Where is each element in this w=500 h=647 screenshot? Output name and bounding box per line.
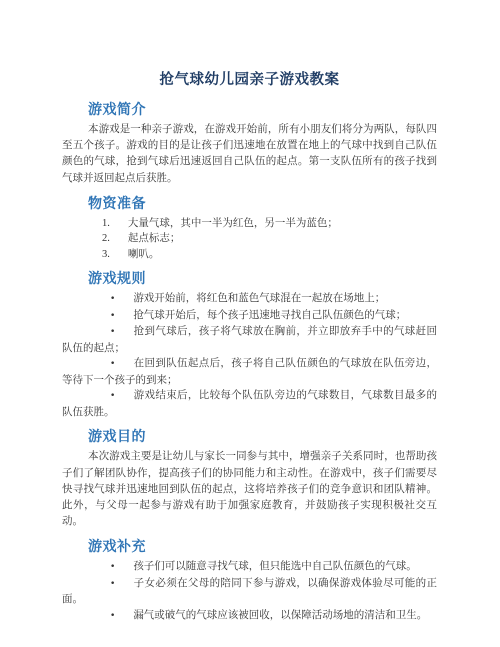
bullet-list: •游戏开始前，将红色和蓝色气球混在一起放在场地上；•抢气球开始后，每个孩子迅速地…	[62, 291, 437, 420]
item-text: 起点标志；	[128, 233, 181, 244]
list-item: •抢气球开始后，每个孩子迅速地寻找自己队伍颜色的气球；	[62, 308, 437, 325]
item-text: 喇叭。	[128, 249, 160, 260]
item-text: 子女必须在父母的陪同下参与游戏，以确保游戏体验尽可能的正面。	[62, 578, 437, 606]
section-heading: 游戏目的	[62, 428, 437, 444]
section-2: 游戏规则•游戏开始前，将红色和蓝色气球混在一起放在场地上；•抢气球开始后，每个孩…	[62, 270, 437, 420]
bullet-marker: •	[110, 562, 115, 572]
item-number: 1.	[102, 218, 110, 229]
section-heading: 游戏补充	[62, 538, 437, 554]
list-item: •在回到队伍起点后，孩子将自己队伍颜色的气球放在队伍旁边，等待下一个孩子的到来；	[62, 356, 437, 388]
document-body: 游戏简介本游戏是一种亲子游戏，在游戏开始前，所有小朋友们将分为两队，每队四至五个…	[62, 101, 437, 624]
bullet-marker: •	[110, 611, 115, 621]
document-page: 抢气球幼儿园亲子游戏教案 游戏简介本游戏是一种亲子游戏，在游戏开始前，所有小朋友…	[0, 0, 500, 647]
item-text: 孩子们可以随意寻找气球，但只能选中自己队伍颜色的气球。	[133, 561, 417, 572]
ordered-list: 1.大量气球，其中一半为红色，另一半为蓝色；2.起点标志；3.喇叭。	[62, 216, 437, 263]
item-text: 抢到气球后，孩子将气球放在胸前，并立即放弃手中的气球赶回队伍的起点；	[62, 326, 437, 354]
item-text: 漏气或破气的气球应该被回收，以保障活动场地的清洁和卫生。	[133, 610, 427, 621]
bullet-marker: •	[110, 391, 115, 401]
list-item: 3.喇叭。	[62, 247, 437, 263]
section-heading: 游戏简介	[62, 101, 437, 117]
bullet-marker: •	[110, 294, 115, 304]
list-item: 1.大量气球，其中一半为红色，另一半为蓝色；	[62, 216, 437, 232]
section-paragraph: 本游戏是一种亲子游戏，在游戏开始前，所有小朋友们将分为两队，每队四至五个孩子。游…	[62, 122, 437, 187]
bullet-marker: •	[110, 359, 115, 369]
section-paragraph: 本次游戏主要是让幼儿与家长一同参与其中，增强亲子关系同时，也帮助孩子们了解团队协…	[62, 449, 437, 530]
bullet-list: •孩子们可以随意寻找气球，但只能选中自己队伍颜色的气球。•子女必须在父母的陪同下…	[62, 559, 437, 624]
section-heading: 游戏规则	[62, 270, 437, 286]
item-text: 游戏开始前，将红色和蓝色气球混在一起放在场地上；	[133, 293, 385, 304]
document-title: 抢气球幼儿园亲子游戏教案	[62, 71, 437, 89]
item-number: 3.	[102, 249, 110, 260]
section-4: 游戏补充•孩子们可以随意寻找气球，但只能选中自己队伍颜色的气球。•子女必须在父母…	[62, 538, 437, 624]
section-1: 物资准备1.大量气球，其中一半为红色，另一半为蓝色；2.起点标志；3.喇叭。	[62, 195, 437, 263]
item-text: 在回到队伍起点后，孩子将自己队伍颜色的气球放在队伍旁边，等待下一个孩子的到来；	[62, 358, 437, 386]
section-heading: 物资准备	[62, 195, 437, 211]
item-text: 大量气球，其中一半为红色，另一半为蓝色；	[128, 218, 338, 229]
list-item: •漏气或破气的气球应该被回收，以保障活动场地的清洁和卫生。	[62, 608, 437, 625]
section-3: 游戏目的本次游戏主要是让幼儿与家长一同参与其中，增强亲子关系同时，也帮助孩子们了…	[62, 428, 437, 530]
list-item: •孩子们可以随意寻找气球，但只能选中自己队伍颜色的气球。	[62, 559, 437, 576]
section-0: 游戏简介本游戏是一种亲子游戏，在游戏开始前，所有小朋友们将分为两队，每队四至五个…	[62, 101, 437, 187]
list-item: •游戏结束后，比较每个队伍队旁边的气球数目，气球数目最多的队伍获胜。	[62, 388, 437, 420]
list-item: •抢到气球后，孩子将气球放在胸前，并立即放弃手中的气球赶回队伍的起点；	[62, 324, 437, 356]
list-item: •游戏开始前，将红色和蓝色气球混在一起放在场地上；	[62, 291, 437, 308]
item-number: 2.	[102, 233, 110, 244]
bullet-marker: •	[110, 327, 115, 337]
list-item: •子女必须在父母的陪同下参与游戏，以确保游戏体验尽可能的正面。	[62, 576, 437, 608]
item-text: 游戏结束后，比较每个队伍队旁边的气球数目，气球数目最多的队伍获胜。	[62, 390, 437, 418]
bullet-marker: •	[110, 579, 115, 589]
item-text: 抢气球开始后，每个孩子迅速地寻找自己队伍颜色的气球；	[133, 310, 406, 321]
bullet-marker: •	[110, 311, 115, 321]
list-item: 2.起点标志；	[62, 231, 437, 247]
